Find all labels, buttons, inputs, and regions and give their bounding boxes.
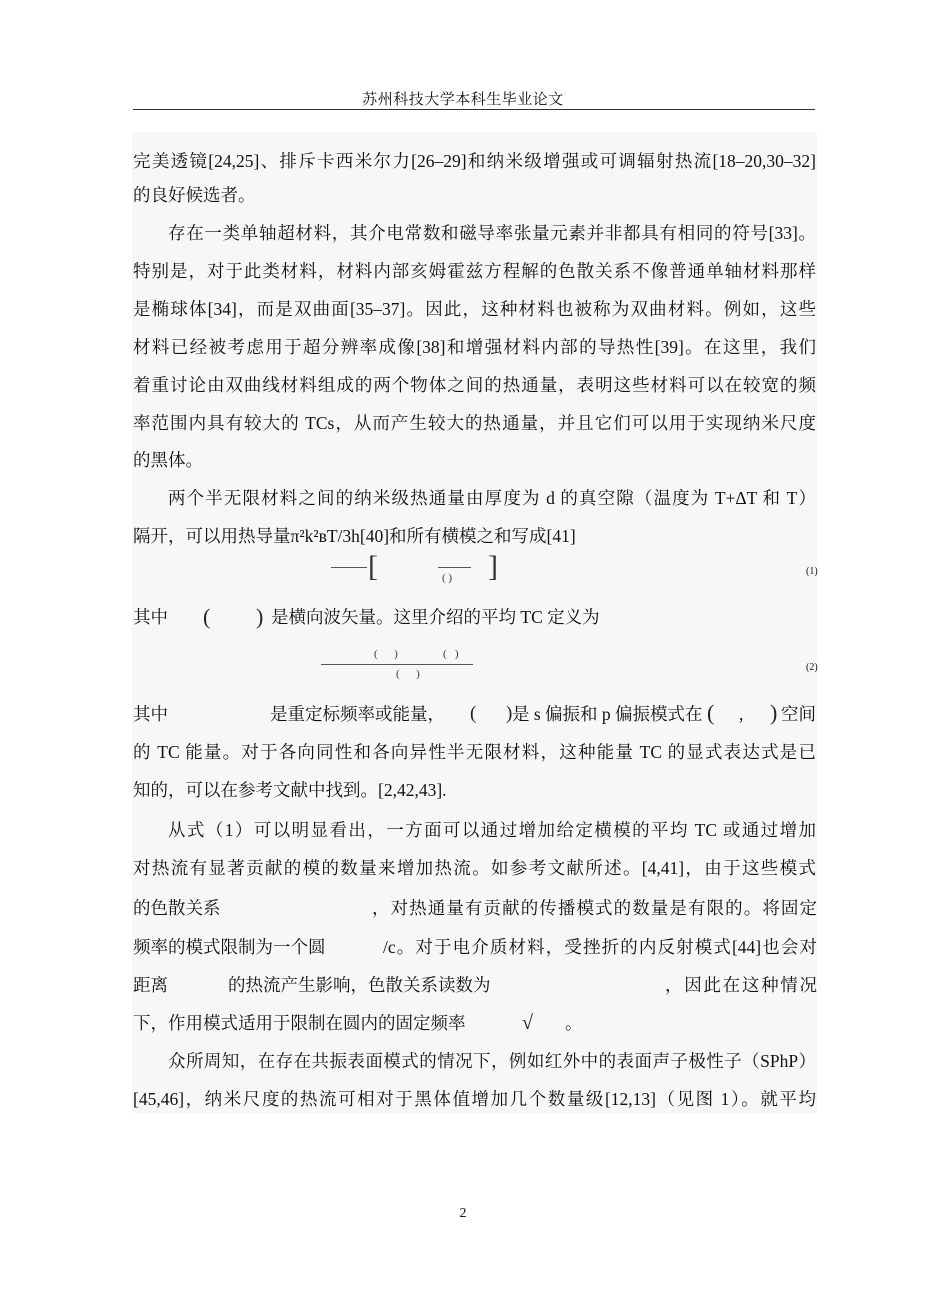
body-line: 对热流有显著贡献的模的数量来增加热流。如参考文献所述。[4,41]，由于这些模式	[133, 857, 816, 879]
comma: ,	[739, 703, 743, 725]
close-paren: )	[770, 702, 777, 724]
body-line: 下，作用模式适用于限制在圆内的固定频率	[133, 1012, 466, 1034]
fraction-bar	[321, 664, 473, 665]
body-line: 的良好候选者。	[133, 184, 256, 206]
numerator-paren: ( )	[443, 648, 459, 660]
right-bracket: ]	[488, 552, 498, 582]
body-line: 的黑体。	[133, 449, 203, 471]
body-line: 知的，可以在参考文献中找到。[2,42,43].	[133, 779, 447, 801]
sqrt-symbol: √	[522, 1012, 533, 1034]
body-line: 的热流产生影响，色散关系读数为	[228, 974, 491, 996]
running-header-title: 苏州科技大学本科生毕业论文	[0, 88, 926, 109]
close-paren: )	[256, 606, 263, 628]
body-line: 频率的模式限制为一个圆	[133, 936, 326, 958]
denominator-paren: ( )	[396, 668, 420, 680]
equation-number: (2)	[806, 662, 818, 673]
body-line: 距离	[133, 974, 168, 996]
body-line: 是横向波矢量。这里介绍的平均 TC 定义为	[271, 606, 600, 628]
body-line: 。	[565, 1012, 583, 1034]
body-line: 空间	[781, 703, 816, 725]
body-line: 是 s 偏振和 p 偏振模式在	[512, 703, 703, 725]
open-paren: (	[470, 703, 476, 725]
body-line: 的 TC 能量。对于各向同性和各向异性半无限材料，这种能量 TC 的显式表达式是…	[133, 741, 816, 763]
paren-group: ( )	[442, 572, 452, 584]
open-paren: (	[203, 606, 210, 628]
header-divider	[133, 109, 815, 110]
body-line: 众所周知，在存在共振表面模式的情况下，例如红外中的表面声子极性子（SPhP）	[168, 1050, 816, 1072]
body-line: 存在一类单轴超材料，其介电常数和磁导率张量元素并非都具有相同的符号[33]。	[168, 222, 816, 244]
body-line: 特别是，对于此类材料，材料内部亥姆霍兹方程解的色散关系不像普通单轴材料那样	[133, 260, 816, 282]
body-line: 是椭球体[34]，而是双曲面[35–37]。因此，这种材料也被称为双曲材料。例如…	[133, 298, 816, 320]
fraction-bar	[438, 567, 471, 568]
body-line: 着重讨论由双曲线材料组成的两个物体之间的热通量，表明这些材料可以在较宽的频	[133, 374, 816, 396]
body-line: [45,46]，纳米尺度的热流可相对于黑体值增加几个数量级[12,13]（见图 …	[133, 1088, 816, 1110]
left-bracket: [	[368, 552, 378, 582]
numerator-paren: ( )	[374, 648, 398, 660]
body-line: 的色散关系	[133, 897, 221, 919]
body-line: 是重定标频率或能量，	[270, 703, 445, 725]
body-line: /c。对于电介质材料，受挫折的内反射模式[44]也会对	[383, 936, 817, 958]
page-number: 2	[0, 1206, 926, 1222]
body-line: ，因此在这种情况	[665, 974, 817, 996]
body-line: 从式（1）可以明显看出，一方面可以通过增加给定横模的平均 TC 或通过增加	[168, 819, 816, 841]
body-line: 材料已经被考虑用于超分辨率成像[38]和增强材料内部的导热性[39]。在这里，我…	[133, 336, 816, 358]
body-line: 完美透镜[24,25]、排斥卡西米尔力[26–29]和纳米级增强或可调辐射热流[…	[133, 150, 816, 172]
body-line: 两个半无限材料之间的纳米级热通量由厚度为 d 的真空隙（温度为 T+ΔT 和 T…	[168, 487, 816, 509]
body-line: 隔开，可以用热导量π²k²ʙT/3h[40]和所有横模之和写成[41]	[133, 525, 576, 547]
fraction-bar	[331, 567, 367, 568]
body-line: 其中	[133, 606, 168, 628]
open-paren: (	[707, 702, 714, 724]
equation-number: (1)	[806, 566, 818, 577]
body-line: ，对热通量有贡献的传播模式的数量是有限的。将固定	[372, 897, 817, 919]
body-line: 其中	[133, 703, 168, 725]
body-line: 率范围内具有较大的 TCs，从而产生较大的热通量，并且它们可以用于实现纳米尺度	[133, 412, 816, 434]
